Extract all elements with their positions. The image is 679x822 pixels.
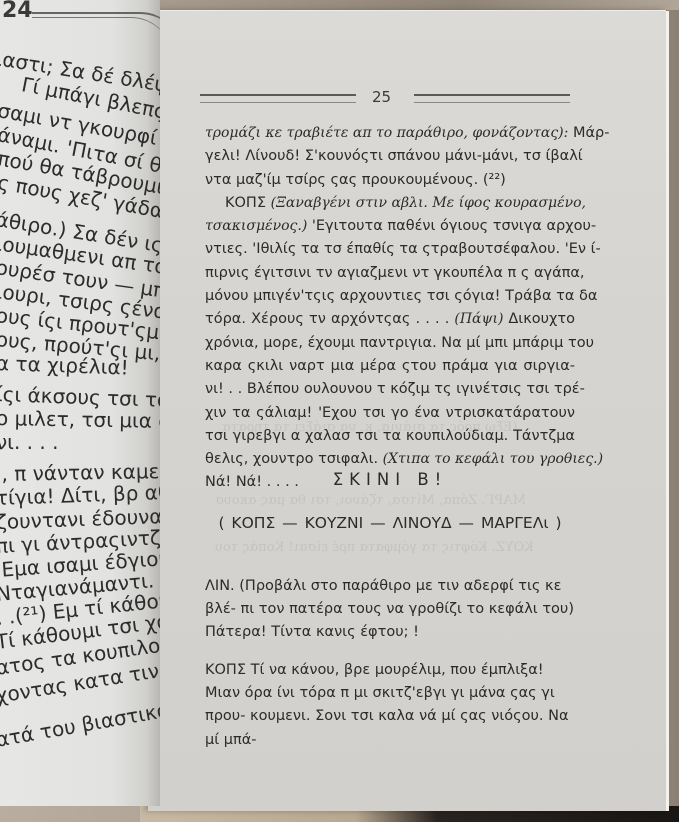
text-line: τσι γιρεβγι α χαλασ τσι τα κουπιλούδιαμ.… bbox=[205, 425, 575, 448]
text-line: ντα μαζ'ίμ τσίρς ςας προυκουμένους. (²²) bbox=[205, 169, 575, 192]
text-line: κουμενι. Σονι τσι καλα νά μί ςας νιόςου.… bbox=[205, 708, 569, 747]
text-line: τρομάζι κε τραβιέτε απ το παράθιρο, φονά… bbox=[205, 122, 575, 145]
cast-line: ( ΚΟΠΣ — ΚΟΥΖΝΙ — ΛΙΝΟΥΔ — ΜΑΡΓΕΛι ) bbox=[205, 514, 575, 532]
text-line: χρόνια, μορε, έχουμι παντριγια. Να μί μπ… bbox=[205, 332, 575, 355]
text-line: α τα χιρέλια! bbox=[0, 351, 129, 380]
page-body-continued: ΛΙΝ. (Προβάλι στο παράθιρο με τιν αδερφί… bbox=[205, 560, 575, 767]
page-number: 25 bbox=[372, 88, 391, 106]
text-line: μόνου μπιγέν'τςις αρχουντιες τσι ςόγια! … bbox=[205, 285, 575, 308]
text-line: ΚΟΠΣ (Ξαναβγένι στιν αβλι. Με ίφος κουρα… bbox=[205, 192, 575, 215]
left-page: 24 ιαστι; Σα δέ δλέψουμι Γί μπάγι βλεπς … bbox=[0, 0, 160, 806]
text-line: Τίντα κανις έφτου; ! bbox=[271, 624, 419, 640]
speaker-name: ΚΟΠΣ bbox=[225, 195, 271, 211]
text-line: νι. . . . bbox=[0, 430, 58, 454]
page-edge bbox=[666, 11, 669, 811]
text-line: τσακισμένος.) 'Εγιτουτα παθένι όγιους τσ… bbox=[205, 215, 575, 238]
stage-direction: (Χτιπα το κεφάλι του γροθιες.) bbox=[378, 451, 603, 467]
stage-direction: (Ξαναβγένι στιν αβλι. Με ίφος κουρασμένο… bbox=[271, 195, 586, 211]
page-body: τρομάζι κε τραβιέτε απ το παράθιρο, φονά… bbox=[205, 122, 575, 495]
text-line: ντιες. 'Ιθιλίς τα τσ έπαθίς τα ςτραβουτσ… bbox=[205, 238, 575, 261]
header-rule bbox=[32, 17, 160, 58]
bleed-through-text: ΚΟΥΖ. Κόφτις τα γόμφατα πρέ είσαι! Κοπάς… bbox=[215, 540, 534, 555]
text-line: χιν τα ςάλιαμ! 'Εχου τσι γο ένα ντρισκατ… bbox=[205, 402, 575, 425]
header-rule-left bbox=[200, 94, 356, 103]
speaker-name: ΛΙΝ. bbox=[205, 578, 239, 594]
text-line: τόρα. Χέρους τν αρχόντςας . . . . (Πάψι)… bbox=[205, 308, 575, 331]
bleed-through-text: ΜΑΡΓ. Ζόπα, Μίτσα, τζάνοι, τσι θα μας ακ… bbox=[215, 493, 526, 508]
text-line: ΚΟΠΣ Τί να κάνου, βρε μουρέλιμ, που έμπλ… bbox=[205, 662, 544, 678]
text-line: θελις, χουντρο τσιφαλι. (Χτιπα το κεφάλι… bbox=[205, 448, 575, 471]
page-number: 24 bbox=[2, 0, 33, 23]
text-line: καρα ςκιλι ναρτ μια μέρα ςτου πράμα για … bbox=[205, 355, 575, 378]
paragraph: ΚΟΠΣ Τί να κάνου, βρε μουρέλιμ, που έμπλ… bbox=[205, 659, 575, 752]
paragraph: ΛΙΝ. (Προβάλι στο παράθιρο με τιν αδερφί… bbox=[205, 575, 575, 645]
header-rule-right bbox=[414, 94, 570, 103]
text-line: γελι! Λίνουδ! Σ'κουνόςτι σπάνου μάνι-μάν… bbox=[205, 145, 575, 168]
running-head: 25 bbox=[200, 88, 570, 108]
stage-direction: τσακισμένος.) bbox=[205, 218, 307, 234]
stage-direction: (Πάψι) bbox=[449, 311, 508, 327]
text-line: πιρνις έγιτσινι τν αγιαζμενι ντ γκουπέλα… bbox=[205, 262, 575, 285]
scene-title: ΣΚΙΝΙ Β! bbox=[205, 470, 575, 489]
text-line: νι! . . Βλέπου ουλουνου τ κόζιμ τς ιγινέ… bbox=[205, 378, 575, 401]
paragraph: τρομάζι κε τραβιέτε απ το παράθιρο, φονά… bbox=[205, 122, 575, 192]
stage-direction: πι τον πατέρα τους να γροθίζι το κεφάλι … bbox=[241, 601, 574, 617]
paragraph: ΚΟΠΣ (Ξαναβγένι στιν αβλι. Με ίφος κουρα… bbox=[205, 192, 575, 495]
